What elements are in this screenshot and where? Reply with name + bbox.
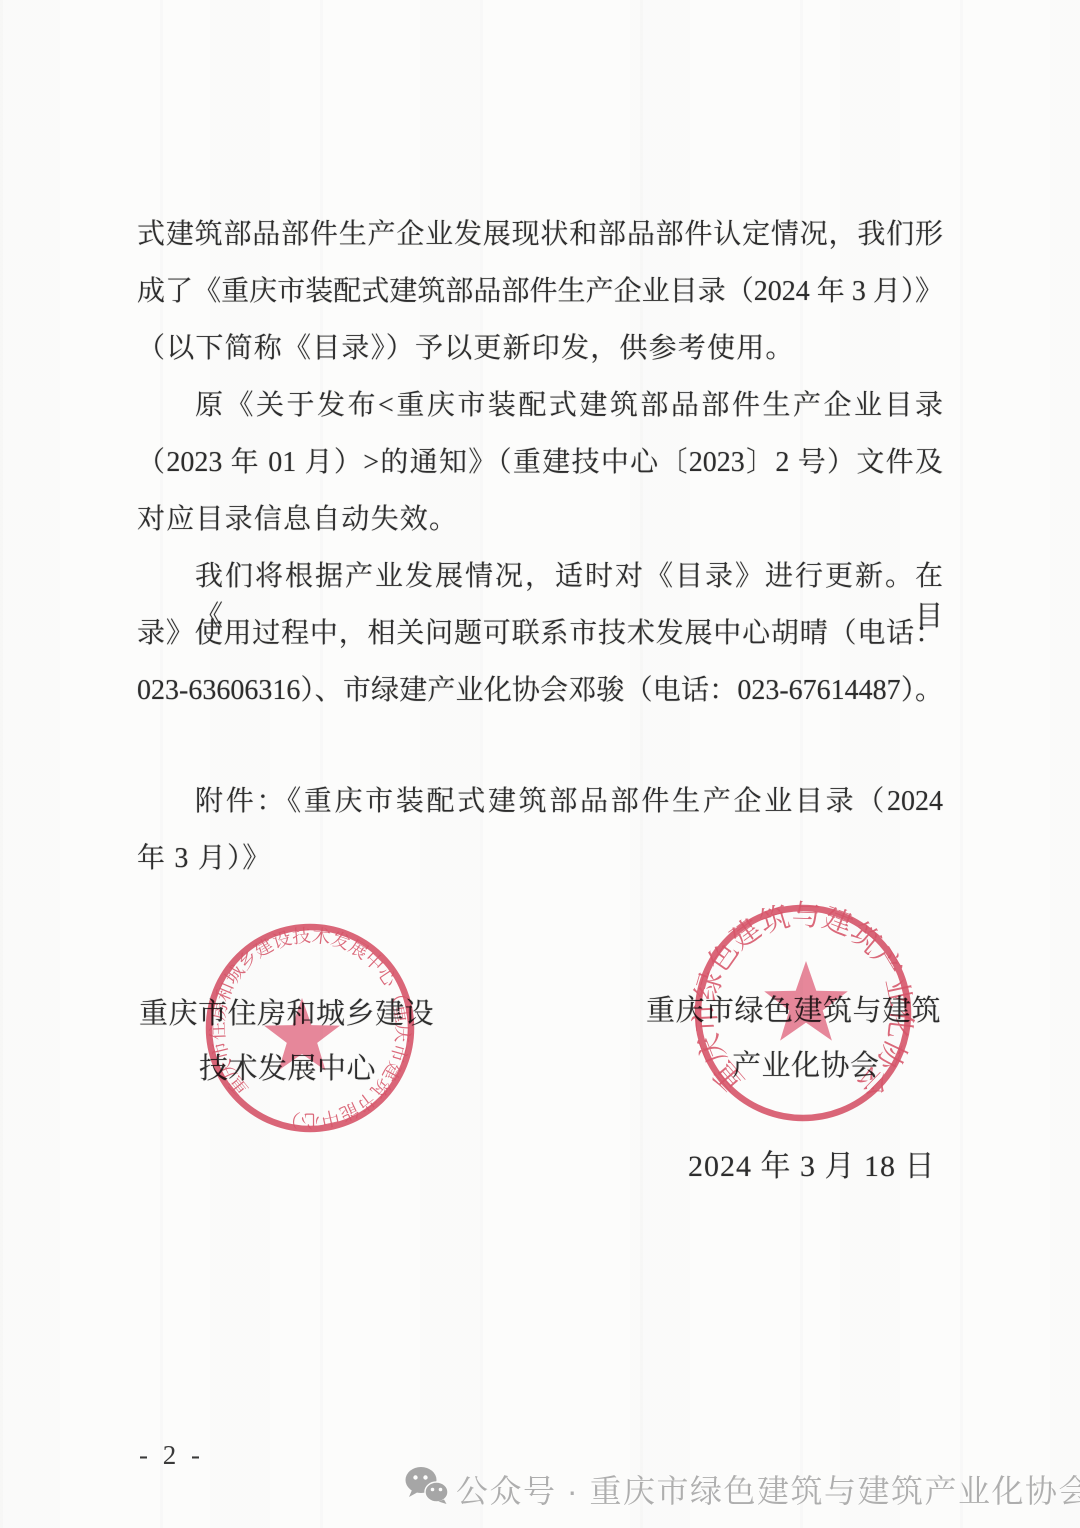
left-official-seal: 重庆市住房和城乡建设技术发展中心（重庆市建筑节能中心） [180,898,440,1158]
left-seal-star-icon [264,998,340,1070]
body-line: 录》使用过程中，相关问题可联系市技术发展中心胡晴（电话： [137,614,943,654]
body-line: 原《关于发布<重庆市装配式建筑部品部件生产企业目录 [137,386,943,426]
watermark-text: 公众号 · 重庆市绿色建筑与建筑产业化协会 [456,1466,1080,1512]
attachment-line: 附件：《重庆市装配式建筑部品部件生产企业目录（2024 [137,782,943,822]
document-date: 2024 年 3 月 18 日 [688,1141,936,1185]
body-line: 023-63606316）、市绿建产业化协会邓骏（电话：023-67614487… [137,671,943,711]
scanned-document-page: 式建筑部品部件生产企业发展现状和部品部件认定情况，我们形 成了《重庆市装配式建筑… [0,0,1080,1528]
body-line: 成了《重庆市装配式建筑部品部件生产企业目录（2024 年 3 月）》 [137,272,943,312]
body-line: （以下简称《目录》）予以更新印发，供参考使用。 [137,329,943,369]
body-line: 对应目录信息自动失效。 [137,500,943,540]
right-official-seal: 重庆市绿色建筑与建筑产业化协会 [673,883,933,1143]
body-line: （2023 年 01 月）>的通知》（重建技中心〔2023〕2 号）文件及 [137,443,943,483]
right-seal-star-icon [764,961,848,1041]
page-number: - 2 - [139,1440,204,1471]
wechat-icon [404,1466,450,1504]
body-line: 式建筑部品部件生产企业发展现状和部品部件认定情况，我们形 [137,215,943,255]
attachment-line: 年 3 月）》 [137,839,943,879]
